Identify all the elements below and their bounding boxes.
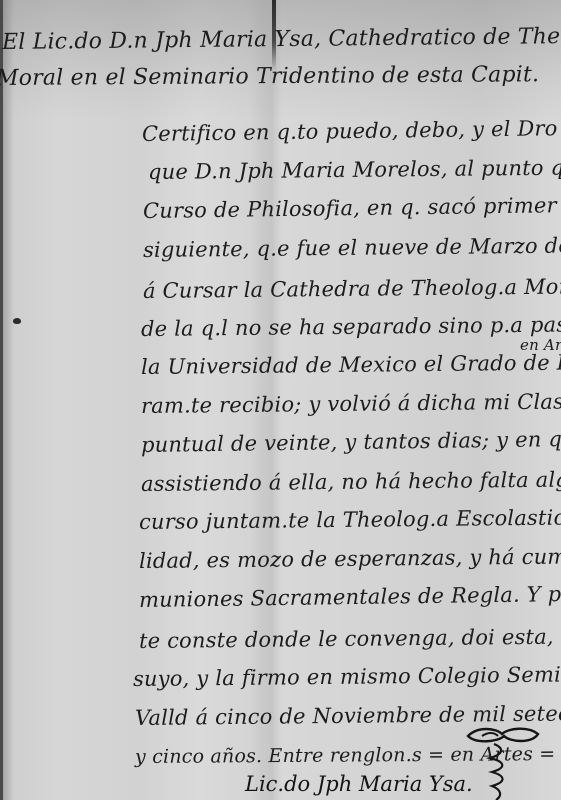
margin-ink-mark [13,318,21,324]
body-line-14: te conste donde le convenga, doi esta, á… [139,623,561,653]
page-left-edge [0,0,3,800]
header-line-1: El Lic.do D.n Jph Maria Ysa, Cathedratic… [2,24,561,55]
photo-shading [0,0,561,120]
body-line-15: suyo, y la firmo en mismo Colegio Semin.… [133,662,561,691]
body-line-8: ram.te recibio; y volvió á dicha mi Clas… [141,388,561,418]
body-line-2: que D.n Jph Maria Morelos, al punto q.e … [148,155,561,184]
signature: Lic.do Jph Maria Ysa. [245,772,473,796]
body-line-5: á Cursar la Cathedra de Theolog.a Moral … [143,273,561,303]
body-line-1: Certifico en q.to puedo, debo, y el Dro … [142,115,561,146]
body-line-9: puntual de veinte, y tantos dias; y en q… [141,426,561,457]
body-line-13: muniones Sacramentales de Regla. Y para … [139,580,561,612]
manuscript-page: El Lic.do D.n Jph Maria Ysa, Cathedratic… [0,0,561,800]
body-line-4: siguiente, q.e fue el nueve de Marzo del… [143,232,561,262]
body-line-6: de la q.l no se ha separado sino p.a pas… [141,312,561,341]
body-line-11: curso juntam.te la Theolog.a Escolastica… [139,504,561,534]
body-line-7: la Universidad de Mexico el Grado de Bac… [141,349,561,379]
body-line-3: Curso de Philosofia, en q. sacó primer L… [143,191,561,223]
signature-rubric-icon [462,726,544,800]
header-line-2: Moral en el Seminario Tridentino de esta… [0,62,539,91]
body-line-12: lidad, es mozo de esperanzas, y há cumpl… [139,543,561,573]
body-line-10: assistiendo á ella, no há hecho falta al… [141,466,561,496]
